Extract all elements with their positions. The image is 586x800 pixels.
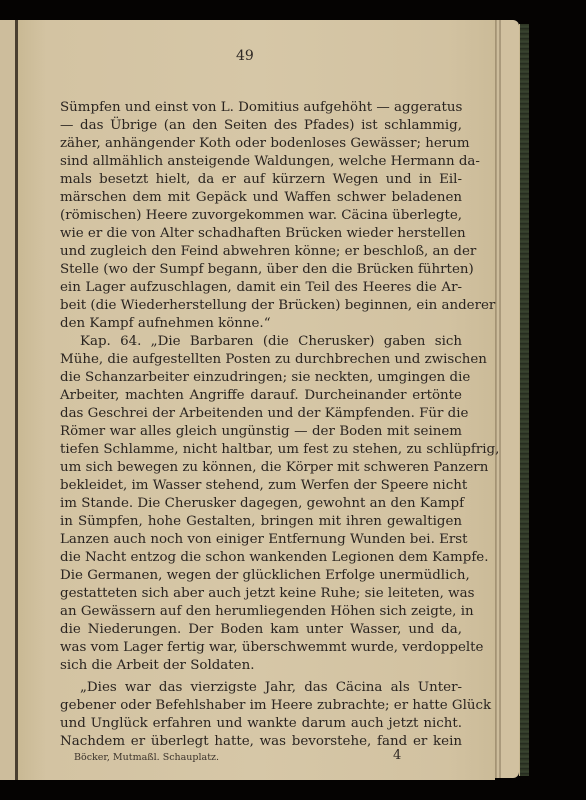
text-line: „Dies war das vierzigste Jahr, das Cäcin… (80, 679, 462, 697)
text-line: Nachdem er überlegt hatte, was bevorsteh… (60, 733, 462, 751)
text-line: (römischen) Heere zuvorgekommen war. Cäc… (60, 207, 462, 225)
text-line: Die Germanen, wegen der glücklichen Erfo… (60, 567, 462, 585)
text-line: tiefen Schlamme, nicht haltbar, um fest … (60, 441, 462, 459)
page-number: 49 (236, 48, 254, 64)
text-line: Lanzen auch noch von einiger Entfernung … (60, 531, 462, 549)
text-line: Arbeiter, machten Angriffe darauf. Durch… (60, 387, 462, 405)
text-line: um sich bewegen zu können, die Körper mi… (60, 459, 462, 477)
book-binding (519, 24, 529, 776)
text-line: die Nacht entzog die schon wankenden Leg… (60, 549, 462, 567)
text-line: gestatteten sich aber auch jetzt keine R… (60, 585, 462, 603)
text-line: den Kampf aufnehmen könne.“ (60, 315, 462, 333)
text-line: sind allmählich ansteigende Waldungen, w… (60, 153, 462, 171)
text-line: ein Lager aufzuschlagen, damit ein Teil … (60, 279, 462, 297)
text-line: Mühe, die aufgestellten Posten zu durchb… (60, 351, 462, 369)
text-line: Kap. 64. „Die Barbaren (die Cherusker) g… (80, 333, 462, 351)
text-line: in Sümpfen, hohe Gestalten, bringen mit … (60, 513, 462, 531)
text-line: Stelle (wo der Sumpf begann, über den di… (60, 261, 462, 279)
text-line: gebener oder Befehlshaber im Heere zubra… (60, 697, 462, 715)
text-line: Sümpfen und einst von L. Domitius aufgeh… (60, 99, 462, 117)
text-line: im Stande. Die Cherusker dagegen, gewohn… (60, 495, 462, 513)
text-line: mals besetzt hielt, da er auf kürzern We… (60, 171, 462, 189)
text-line: wie er die von Alter schadhaften Brücken… (60, 225, 462, 243)
text-line: märschen dem mit Gepäck und Waffen schwe… (60, 189, 462, 207)
text-line: beit (die Wiederherstellung der Brücken)… (60, 297, 462, 315)
text-line: sich die Arbeit der Soldaten. (60, 657, 462, 675)
text-line: an Gewässern auf den herumliegenden Höhe… (60, 603, 462, 621)
text-line: und zugleich den Feind abwehren könne; e… (60, 243, 462, 261)
signature-mark: 4 (393, 748, 401, 763)
text-line: das Geschrei der Arbeitenden und der Käm… (60, 405, 462, 423)
text-line: Römer war alles gleich ungünstig — der B… (60, 423, 462, 441)
text-line: die Schanzarbeiter einzudringen; sie nec… (60, 369, 462, 387)
text-line: und Unglück erfahren und wankte darum au… (60, 715, 462, 733)
text-line: — das Übrige (an den Seiten des Pfades) … (60, 117, 462, 135)
left-page-edge (0, 20, 16, 780)
text-line: bekleidet, im Wasser stehend, zum Werfen… (60, 477, 462, 495)
text-line: die Niederungen. Der Boden kam unter Was… (60, 621, 462, 639)
text-line: was vom Lager fertig war, überschwemmt w… (60, 639, 462, 657)
page-stack-edge (501, 20, 519, 778)
text-line: zäher, anhängender Koth oder bodenloses … (60, 135, 462, 153)
footer-signature: Böcker, Mutmaßl. Schauplatz. (74, 752, 219, 763)
